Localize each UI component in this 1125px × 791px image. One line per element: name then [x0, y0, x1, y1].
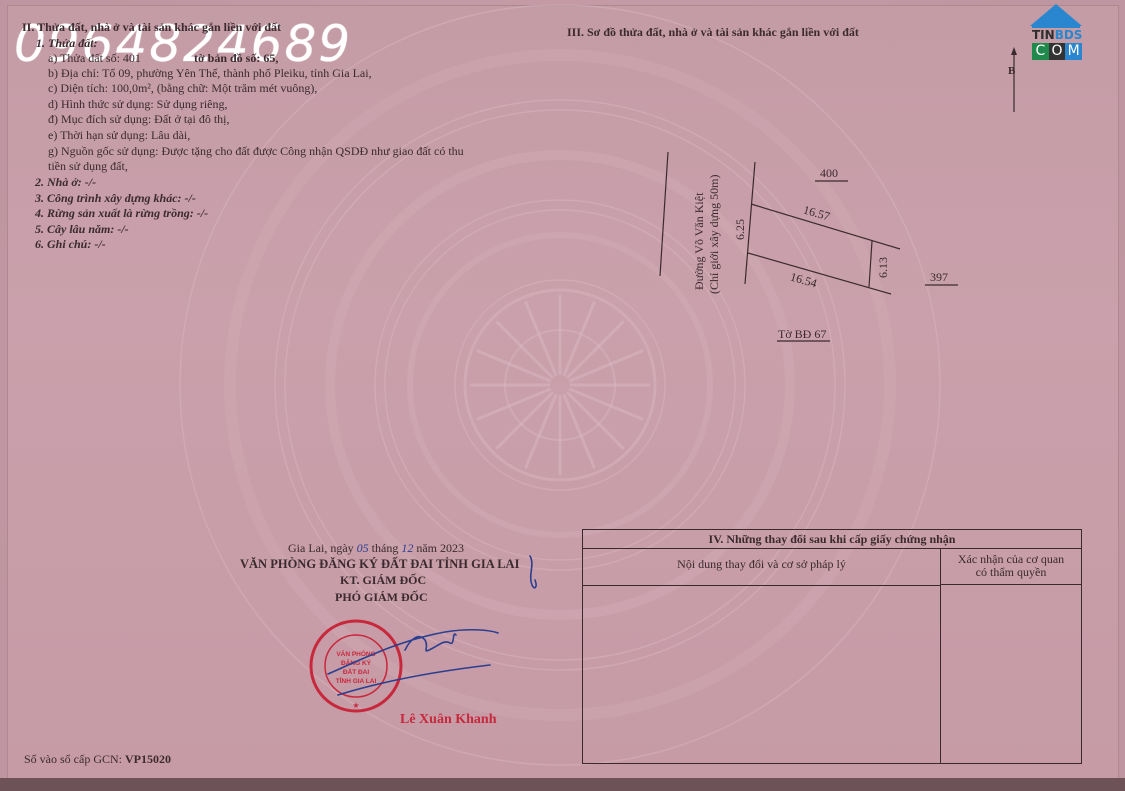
registry-label: Số vào sổ cấp GCN:: [24, 752, 122, 766]
changes-content-cell: [583, 586, 941, 763]
registry-number: Số vào sổ cấp GCN: VP15020: [24, 752, 171, 767]
table-surface-edge: [0, 778, 1125, 791]
certificate-page: 0964824689 II. Thửa đất, nhà ở và tài sả…: [0, 0, 1125, 791]
changes-col-confirmation-header: Xác nhận của cơ quan có thẩm quyền: [941, 549, 1081, 585]
changes-col-content-header: Nội dung thay đổi và cơ sở pháp lý: [583, 549, 941, 586]
registry-value: VP15020: [125, 752, 171, 766]
col2-line2: có thẩm quyền: [941, 566, 1081, 579]
changes-table: IV. Những thay đổi sau khi cấp giấy chứn…: [582, 529, 1082, 764]
signer-name: Lê Xuân Khanh: [400, 712, 496, 728]
changes-table-title: IV. Những thay đổi sau khi cấp giấy chứn…: [583, 530, 1081, 549]
changes-confirmation-cell: [941, 586, 1081, 763]
